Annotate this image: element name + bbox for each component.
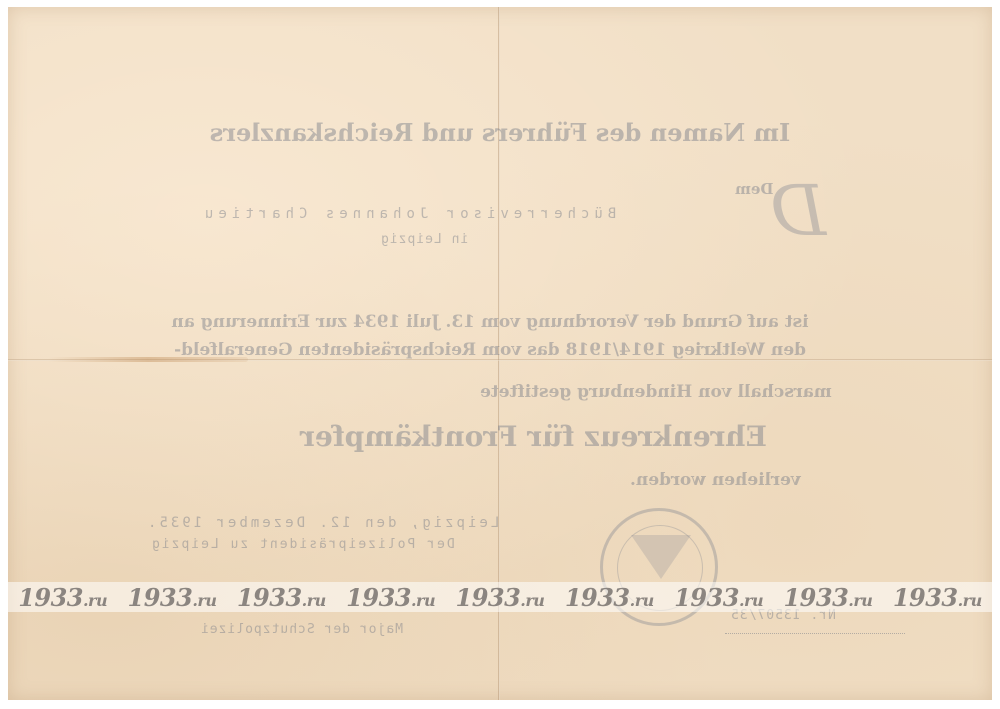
eagle-emblem-icon — [631, 535, 691, 579]
watermark-text: 1933.ru — [18, 583, 107, 612]
body-line-3: marschall von Hindenburg gestiftete — [480, 382, 832, 402]
watermark-text: 1933.ru — [456, 583, 545, 612]
watermark-text: 1933.ru — [783, 583, 872, 612]
award-name: Ehrenkreuz für Frontkämpfer — [300, 420, 767, 453]
body-line-2: den Weltkrieg 1914/1918 das vom Reichspr… — [135, 340, 845, 360]
body-line-1: ist auf Grund der Verordnung vom 13. Jul… — [135, 312, 845, 332]
signatory-role: Major der Schutzpolizei — [200, 622, 403, 637]
ornamental-initial: D — [770, 170, 826, 252]
salutation: Dem — [735, 180, 773, 198]
watermark-text: 1933.ru — [674, 583, 763, 612]
watermark-text: 1933.ru — [237, 583, 326, 612]
award-verb: verliehen worden. — [630, 470, 801, 490]
watermark-band: 1933.ru1933.ru1933.ru1933.ru1933.ru1933.… — [8, 582, 992, 612]
watermark-text: 1933.ru — [565, 583, 654, 612]
document-title: Im Namen des Führers und Reichskanzlers — [180, 118, 820, 147]
watermark-text: 1933.ru — [128, 583, 217, 612]
issuing-office: Der Polizeipräsident zu Leipzig — [150, 537, 455, 552]
place-date: Leipzig, den 12. Dezember 1935. — [145, 515, 499, 531]
watermark-text: 1933.ru — [346, 583, 435, 612]
signature-line — [725, 633, 905, 634]
watermark-text: 1933.ru — [893, 583, 982, 612]
recipient-city: in Leipzig — [380, 232, 468, 247]
recipient-name: Bücherrevisor Johannes Chartieu — [200, 206, 760, 222]
